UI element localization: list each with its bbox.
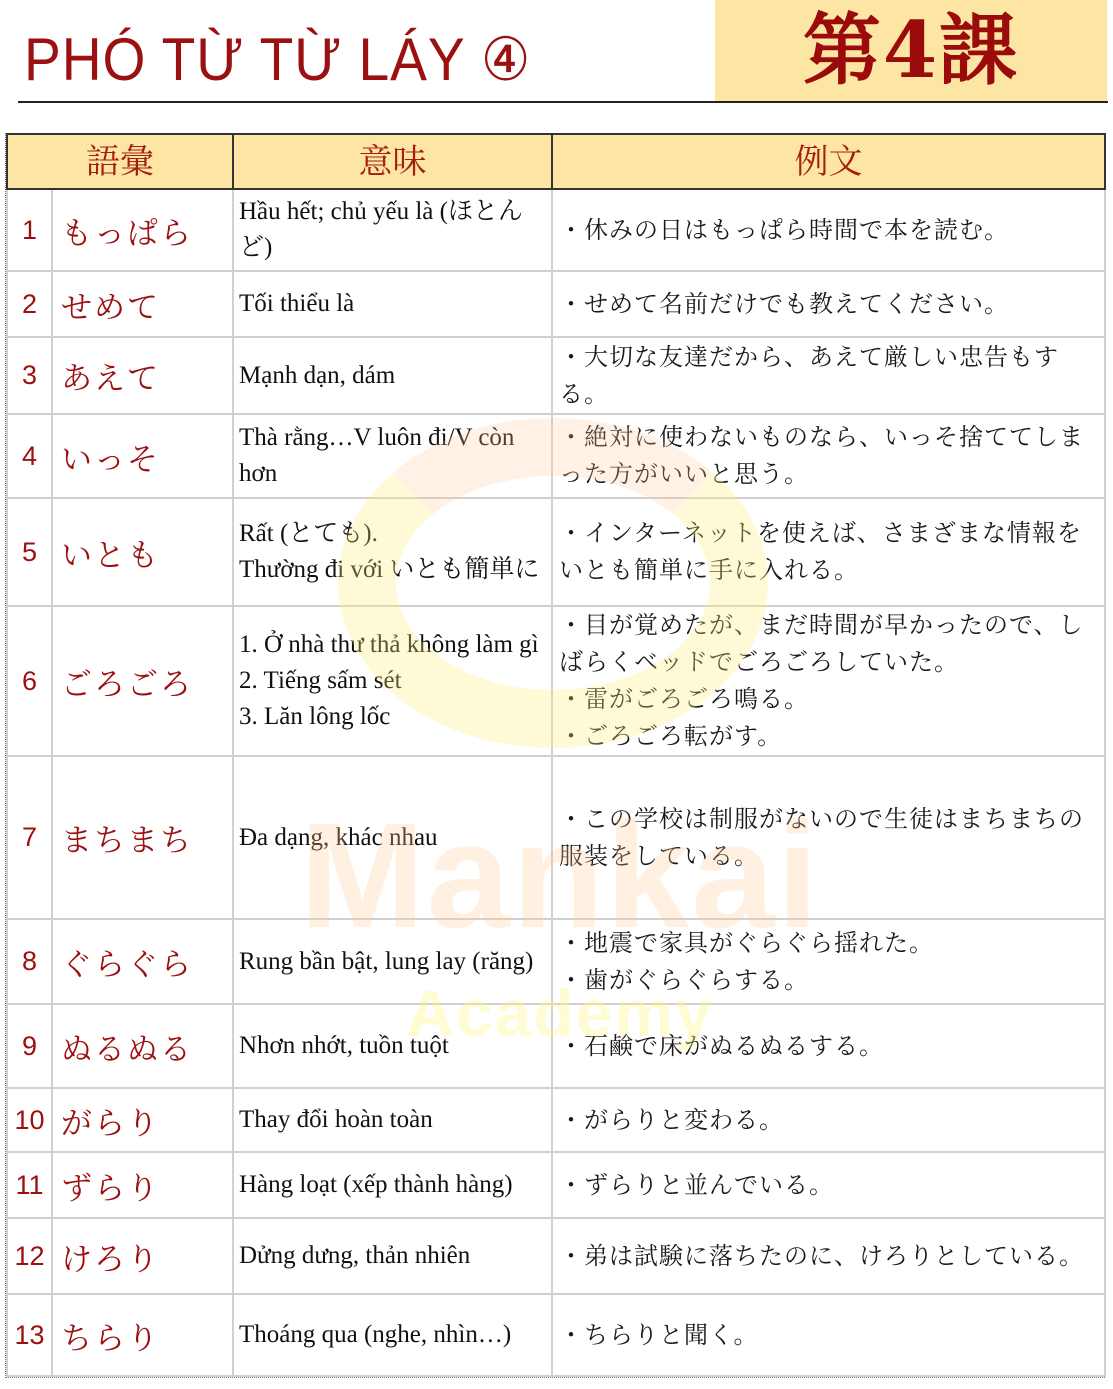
table-row: 1もっぱらHầu hết; chủ yếu là (ほとんど)・休みの日はもっぱ…	[7, 189, 1105, 271]
table-row: 11ずらりHàng loạt (xếp thành hàng)・ずらりと並んでい…	[7, 1152, 1105, 1218]
vocab-word: あえて	[52, 337, 233, 414]
vocab-word: いとも	[52, 498, 233, 606]
lesson-badge: 第4課	[715, 0, 1107, 101]
example-sentence: ・目が覚めたが、まだ時間が早かったので、しばらくベッドでごろごろしていた。	[559, 607, 1098, 681]
vocab-word: いっそ	[52, 414, 233, 498]
example-sentence: ・弟は試験に落ちたのに、けろりとしている。	[559, 1238, 1098, 1275]
column-header-example: 例文	[552, 134, 1105, 189]
meaning-line: 3. Lăn lông lốc	[239, 699, 545, 735]
row-number: 6	[7, 606, 52, 756]
example-sentence: ・せめて名前だけでも教えてください。	[559, 286, 1098, 323]
table-row: 8ぐらぐらRung bần bật, lung lay (răng)・地震で家具…	[7, 919, 1105, 1004]
meaning-cell: Đa dạng, khác nhau	[233, 756, 552, 919]
row-number: 13	[7, 1294, 52, 1376]
example-cell: ・せめて名前だけでも教えてください。	[552, 271, 1105, 337]
example-sentence: ・この学校は制服がないので生徒はまちまちの服装をしている。	[559, 801, 1098, 875]
table-row: 7まちまちĐa dạng, khác nhau・この学校は制服がないので生徒はま…	[7, 756, 1105, 919]
meaning-cell: Tối thiểu là	[233, 271, 552, 337]
vocab-word: ずらり	[52, 1152, 233, 1218]
vocab-word: まちまち	[52, 756, 233, 919]
meaning-line: Dửng dưng, thản nhiên	[239, 1238, 545, 1274]
meaning-cell: Dửng dưng, thản nhiên	[233, 1218, 552, 1294]
row-number: 5	[7, 498, 52, 606]
row-number: 3	[7, 337, 52, 414]
meaning-cell: Rung bần bật, lung lay (răng)	[233, 919, 552, 1004]
meaning-cell: Hầu hết; chủ yếu là (ほとんど)	[233, 189, 552, 271]
meaning-line: Mạnh dạn, dám	[239, 358, 545, 394]
meaning-cell: Thà rằng…V luôn đi/V còn hơn	[233, 414, 552, 498]
table-row: 2せめてTối thiểu là・せめて名前だけでも教えてください。	[7, 271, 1105, 337]
meaning-cell: Mạnh dạn, dám	[233, 337, 552, 414]
meaning-cell: Rất (とても).Thường đi với いとも簡単に	[233, 498, 552, 606]
vocab-word: ごろごろ	[52, 606, 233, 756]
vocab-word: けろり	[52, 1218, 233, 1294]
meaning-line: Thoáng qua (nghe, nhìn…)	[239, 1317, 545, 1353]
table-header-row: 語彙 意味 例文	[7, 134, 1105, 189]
meaning-line: Thường đi với いとも簡単に	[239, 552, 545, 588]
row-number: 11	[7, 1152, 52, 1218]
example-sentence: ・休みの日はもっぱら時間で本を読む。	[559, 212, 1098, 249]
row-number: 2	[7, 271, 52, 337]
table-row: 6ごろごろ1. Ở nhà thư thả không làm gì2. Tiế…	[7, 606, 1105, 756]
vocab-word: もっぱら	[52, 189, 233, 271]
meaning-cell: Nhơn nhớt, tuồn tuột	[233, 1004, 552, 1088]
example-sentence: ・雷がごろごろ鳴る。	[559, 681, 1098, 718]
meaning-line: Đa dạng, khác nhau	[239, 820, 545, 856]
table-row: 10がらりThay đổi hoàn toàn・がらりと変わる。	[7, 1088, 1105, 1152]
example-cell: ・休みの日はもっぱら時間で本を読む。	[552, 189, 1105, 271]
example-cell: ・ずらりと並んでいる。	[552, 1152, 1105, 1218]
example-cell: ・目が覚めたが、まだ時間が早かったので、しばらくベッドでごろごろしていた。・雷が…	[552, 606, 1105, 756]
table-row: 9ぬるぬるNhơn nhớt, tuồn tuột・石鹸で床がぬるぬるする。	[7, 1004, 1105, 1088]
table-row: 13ちらりThoáng qua (nghe, nhìn…)・ちらりと聞く。	[7, 1294, 1105, 1376]
row-number: 9	[7, 1004, 52, 1088]
example-cell: ・この学校は制服がないので生徒はまちまちの服装をしている。	[552, 756, 1105, 919]
example-sentence: ・石鹸で床がぬるぬるする。	[559, 1028, 1098, 1065]
meaning-line: Tối thiểu là	[239, 286, 545, 322]
vocab-word: ぐらぐら	[52, 919, 233, 1004]
column-header-meaning: 意味	[233, 134, 552, 189]
page-title: PHÓ TỪ TỪ LÁY ④	[24, 22, 531, 98]
example-sentence: ・インターネットを使えば、さまざまな情報をいとも簡単に手に入れる。	[559, 515, 1098, 589]
example-cell: ・がらりと変わる。	[552, 1088, 1105, 1152]
example-cell: ・大切な友達だから、あえて厳しい忠告もする。	[552, 337, 1105, 414]
example-sentence: ・絶対に使わないものなら、いっそ捨ててしまった方がいいと思う。	[559, 419, 1098, 493]
column-header-vocabulary: 語彙	[7, 134, 233, 189]
meaning-cell: Thoáng qua (nghe, nhìn…)	[233, 1294, 552, 1376]
row-number: 1	[7, 189, 52, 271]
example-sentence: ・ちらりと聞く。	[559, 1317, 1098, 1354]
example-cell: ・石鹸で床がぬるぬるする。	[552, 1004, 1105, 1088]
row-number: 10	[7, 1088, 52, 1152]
example-sentence: ・ずらりと並んでいる。	[559, 1167, 1098, 1204]
example-cell: ・地震で家具がぐらぐら揺れた。・歯がぐらぐらする。	[552, 919, 1105, 1004]
table-row: 4いっそThà rằng…V luôn đi/V còn hơn・絶対に使わない…	[7, 414, 1105, 498]
meaning-line: Rất (とても).	[239, 516, 545, 552]
meaning-line: Hầu hết; chủ yếu là (ほとんど)	[239, 194, 545, 266]
row-number: 8	[7, 919, 52, 1004]
table-row: 5いともRất (とても).Thường đi với いとも簡単に・インターネ…	[7, 498, 1105, 606]
row-number: 12	[7, 1218, 52, 1294]
title-divider	[18, 101, 1108, 103]
table-row: 12けろりDửng dưng, thản nhiên・弟は試験に落ちたのに、けろ…	[7, 1218, 1105, 1294]
page-header: PHÓ TỪ TỪ LÁY ④ 第4課	[0, 0, 1113, 110]
meaning-line: Rung bần bật, lung lay (răng)	[239, 944, 545, 980]
example-cell: ・インターネットを使えば、さまざまな情報をいとも簡単に手に入れる。	[552, 498, 1105, 606]
example-sentence: ・大切な友達だから、あえて厳しい忠告もする。	[559, 339, 1098, 413]
example-sentence: ・歯がぐらぐらする。	[559, 962, 1098, 999]
vocab-word: ちらり	[52, 1294, 233, 1376]
vocab-table-container: 語彙 意味 例文 1もっぱらHầu hết; chủ yếu là (ほとんど)…	[5, 133, 1105, 1378]
vocab-word: がらり	[52, 1088, 233, 1152]
vocab-word: ぬるぬる	[52, 1004, 233, 1088]
table-body: 1もっぱらHầu hết; chủ yếu là (ほとんど)・休みの日はもっぱ…	[7, 189, 1105, 1376]
meaning-line: 2. Tiếng sấm sét	[239, 663, 545, 699]
row-number: 7	[7, 756, 52, 919]
example-sentence: ・地震で家具がぐらぐら揺れた。	[559, 925, 1098, 962]
table-row: 3あえてMạnh dạn, dám・大切な友達だから、あえて厳しい忠告もする。	[7, 337, 1105, 414]
meaning-line: Hàng loạt (xếp thành hàng)	[239, 1167, 545, 1203]
meaning-cell: 1. Ở nhà thư thả không làm gì2. Tiếng sấ…	[233, 606, 552, 756]
example-cell: ・絶対に使わないものなら、いっそ捨ててしまった方がいいと思う。	[552, 414, 1105, 498]
meaning-cell: Hàng loạt (xếp thành hàng)	[233, 1152, 552, 1218]
example-sentence: ・ごろごろ転がす。	[559, 718, 1098, 755]
meaning-cell: Thay đổi hoàn toàn	[233, 1088, 552, 1152]
example-sentence: ・がらりと変わる。	[559, 1102, 1098, 1139]
vocab-word: せめて	[52, 271, 233, 337]
meaning-line: Thay đổi hoàn toàn	[239, 1102, 545, 1138]
vocab-table: 語彙 意味 例文 1もっぱらHầu hết; chủ yếu là (ほとんど)…	[6, 133, 1106, 1377]
meaning-line: 1. Ở nhà thư thả không làm gì	[239, 627, 545, 663]
meaning-line: Nhơn nhớt, tuồn tuột	[239, 1028, 545, 1064]
meaning-line: Thà rằng…V luôn đi/V còn hơn	[239, 420, 545, 492]
lesson-label: 第4課	[803, 12, 1019, 90]
example-cell: ・弟は試験に落ちたのに、けろりとしている。	[552, 1218, 1105, 1294]
row-number: 4	[7, 414, 52, 498]
example-cell: ・ちらりと聞く。	[552, 1294, 1105, 1376]
